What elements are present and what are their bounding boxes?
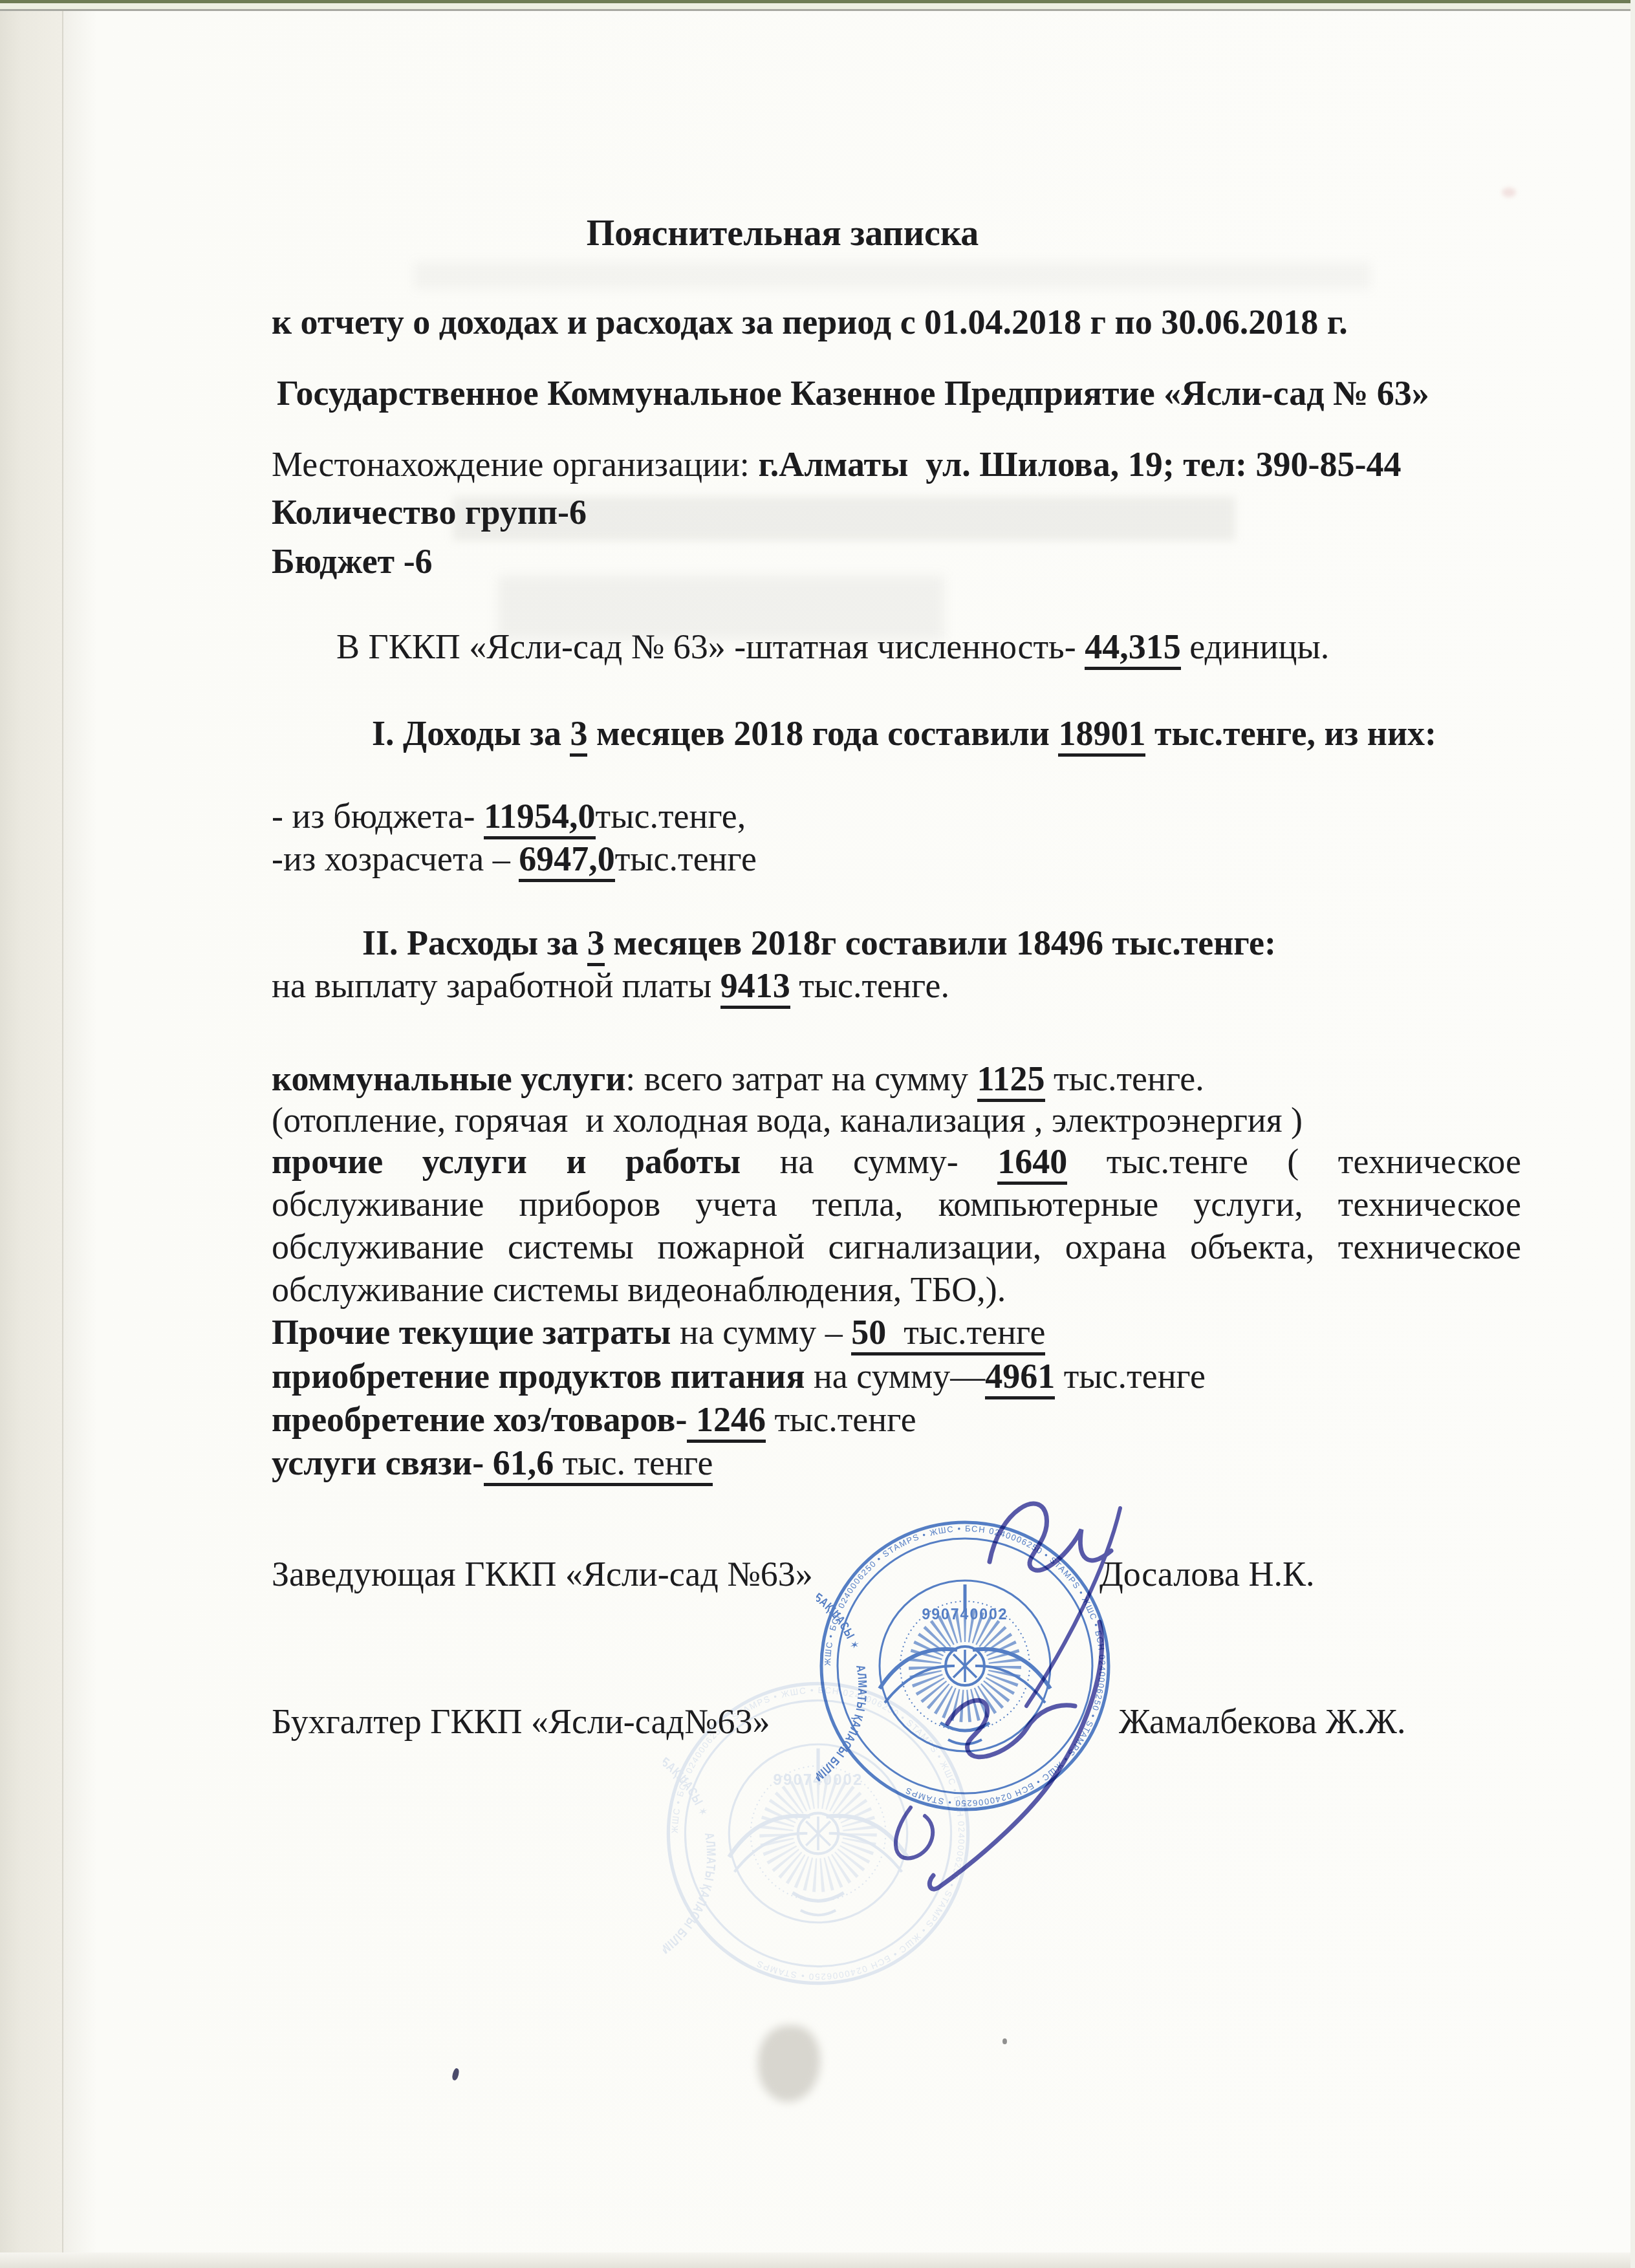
director-signature-stroke	[990, 1504, 1111, 1570]
scanner-edge-left	[0, 0, 63, 2268]
salary-line: на выплату заработной платы 9413 тыс.тен…	[272, 965, 949, 1007]
misc-expenses-value: 50	[851, 1313, 886, 1355]
ink-speck	[451, 2068, 460, 2081]
utilities-line: коммунальные услуги: всего затрат на сум…	[272, 1058, 1204, 1100]
page-title: Пояснительная записка	[272, 212, 1294, 255]
gray-smudge	[758, 2025, 820, 2102]
other-services-line-4: обслуживание системы видеонаблюдения, ТБ…	[272, 1269, 1521, 1311]
income-selffinance-line: -из хозрасчета – 6947,0тыс.тенге	[272, 838, 757, 880]
organization-line: Государственное Коммунальное Казенное Пр…	[277, 373, 1429, 415]
food-purchase-line: приобретение продуктов питания на сумму—…	[272, 1355, 1206, 1398]
scanned-document-page: Пояснительная записка к отчету о доходах…	[0, 0, 1635, 2268]
accountant-signature-stroke	[896, 1808, 933, 1858]
other-services-line-2: обслуживание приборов учета тепла, компь…	[272, 1183, 1521, 1226]
communication-line: услуги связи- 61,6 тыс. тенге	[272, 1442, 713, 1484]
pink-speck	[1502, 188, 1516, 197]
staff-line: В ГККП «Ясли-сад № 63» -штатная численно…	[336, 626, 1329, 668]
food-purchase-value: 4961	[985, 1357, 1055, 1399]
income-budget-line: - из бюджета- 11954,0тыс.тенге,	[272, 795, 746, 837]
signature-role-director: Заведующая ГККП «Ясли-сад №63»	[272, 1553, 813, 1595]
household-purchase-value: 1246	[687, 1400, 766, 1443]
income-selffinance-value: 6947,0	[519, 839, 615, 882]
scanner-edge-bottom	[0, 2252, 1635, 2268]
income-total-value: 18901	[1058, 714, 1145, 757]
utilities-detail-line: (отопление, горячая и холодная вода, кан…	[272, 1099, 1303, 1141]
communication-value: 61,6	[484, 1443, 554, 1486]
staff-count-value: 44,315	[1085, 627, 1181, 670]
household-purchase-line: преобретение хоз/товаров- 1246 тыс.тенге	[272, 1399, 916, 1441]
accountant-signature-stroke	[947, 1700, 1075, 1757]
income-heading: I. Доходы за 3 месяцев 2018 года состави…	[372, 713, 1436, 755]
ink-speck	[1002, 2038, 1007, 2044]
other-services-line-3: обслуживание системы пожарной сигнализац…	[272, 1226, 1521, 1268]
location-line: Местонахождение организации: г.Алматы ул…	[272, 444, 1402, 486]
bleed-through-smudge	[414, 262, 1371, 289]
salary-value: 9413	[720, 966, 790, 1009]
signature-ink	[828, 1449, 1216, 1914]
utilities-value: 1125	[977, 1059, 1045, 1102]
scanner-edge-right	[1630, 0, 1635, 2268]
expenses-heading: II. Расходы за 3 месяцев 2018г составили…	[362, 922, 1276, 964]
accountant-signature-stroke	[929, 1622, 1101, 1889]
other-services-line-1: прочие услуги и работы на сумму- 1640 ты…	[272, 1141, 1521, 1183]
scanner-edge-top-line	[0, 9, 1635, 11]
income-budget-value: 11954,0	[484, 797, 596, 839]
subtitle-line: к отчету о доходах и расходах за период …	[272, 301, 1348, 343]
budget-line: Бюджет -6	[272, 541, 433, 583]
location-value: г.Алматы ул. Шилова, 19; тел: 390-85-44	[758, 445, 1401, 484]
groups-line: Количество групп-6	[272, 491, 587, 534]
other-services-value: 1640	[997, 1142, 1067, 1185]
misc-expenses-line: Прочие текущие затраты на сумму – 50 тыс…	[272, 1312, 1045, 1354]
location-label: Местонахождение организации:	[272, 445, 758, 484]
scanner-edge-top-pale	[0, 3, 1635, 9]
